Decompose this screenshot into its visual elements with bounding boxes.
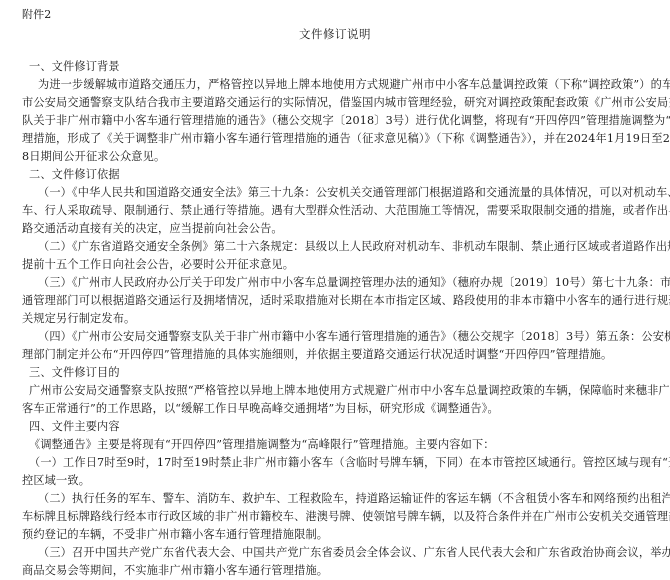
paragraph-line: 队关于非广州市籍中小客车通行管理措施的通告》（穗公交规字〔2018〕3号）进行优… xyxy=(22,114,652,128)
paragraph-line: 关规定另行制定发布。 xyxy=(22,312,652,326)
paragraph-line: （一）《中华人民共和国道路交通安全法》第三十九条：公安机关交通管理部门根据道路和… xyxy=(38,186,668,200)
paragraph-line: 路交通活动直接有关的决定，应当提前向社会公告。 xyxy=(22,222,652,236)
paragraph-line: 《调整通告》主要是将现有“开四停四”管理措施调整为“高峰限行”管理措施。主要内容… xyxy=(29,438,659,452)
paragraph-line: 预约登记的车辆，不受非广州市籍小客车通行管理措施限制。 xyxy=(22,528,652,542)
paragraph-line: 提前十五个工作日向社会公告，必要时公开征求意见。 xyxy=(22,258,652,272)
paragraph-line: 理部门制定并公布“开四停四”管理措施的具体实施细则，并依据主要道路交通运行状况适… xyxy=(22,348,652,362)
paragraph-line: （三）召开中国共产党广东省代表大会、中国共产党广东省委员会全体会议、广东省人民代… xyxy=(38,546,668,560)
paragraph-line: 车标牌且标牌路线行经本市行政区域的非广州市籍校车、港澳号牌、使领馆号牌车辆，以及… xyxy=(22,510,652,524)
document-title: 文件修订说明 xyxy=(0,27,670,41)
paragraph-line: 车、行人采取疏导、限制通行、禁止通行等措施。遇有大型群众性活动、大范围施工等情况… xyxy=(22,204,652,218)
paragraph-line: 客车正常通行”的工作思路，以“缓解工作日早晚高峰交通拥堵”为目标，研究形成《调整… xyxy=(22,402,652,416)
section-heading: 二、文件修订依据 xyxy=(29,168,659,182)
paragraph-line: 8日期间公开征求公众意见。 xyxy=(22,150,652,164)
paragraph-line: 广州市公安局交通警察支队按照“严格管控以异地上牌本地使用方式规避广州市中小客车总… xyxy=(29,384,659,398)
paragraph-line: （一）工作日7时至9时，17时至19时禁止非广州市籍小客车（含临时号牌车辆，下同… xyxy=(29,456,659,470)
attachment-label: 附件2 xyxy=(22,8,652,22)
paragraph-line: 控区域一致。 xyxy=(22,474,652,488)
document-page: 附件2 文件修订说明 一、文件修订背景为进一步缓解城市道路交通压力，严格管控以异… xyxy=(0,0,670,580)
paragraph-line: （三）《广州市人民政府办公厅关于印发广州市中小客车总量调控管理办法的通知》（穗府… xyxy=(38,276,668,290)
paragraph-line: 理措施，形成了《关于调整非广州市籍小客车通行管理措施的通告（征求意见稿）》（下称… xyxy=(22,132,652,146)
section-heading: 四、文件主要内容 xyxy=(29,420,659,434)
paragraph-line: （二）执行任务的军车、警车、消防车、救护车、工程救险车，持道路运输证件的客运车辆… xyxy=(38,492,668,506)
paragraph-line: （二）《广东省道路交通安全条例》第二十六条规定：县级以上人民政府对机动车、非机动… xyxy=(38,240,668,254)
paragraph-line: 通管理部门可以根据道路交通运行及拥堵情况，适时采取措施对长期在本市指定区域、路段… xyxy=(22,294,652,308)
paragraph-line: 商品交易会等期间，不实施非广州市籍小客车通行管理措施。 xyxy=(22,564,652,578)
paragraph-line: （四）《广州市公安局交通警察支队关于非广州市籍中小客车通行管理措施的通告》（穗公… xyxy=(38,330,668,344)
section-heading: 一、文件修订背景 xyxy=(29,60,659,74)
paragraph-line: 为进一步缓解城市道路交通压力，严格管控以异地上牌本地使用方式规避广州市中小客车总… xyxy=(38,78,668,92)
paragraph-line: 市公安局交通警察支队结合我市主要道路交通运行的实际情况，借鉴国内城市管理经验，研… xyxy=(22,96,652,110)
section-heading: 三、文件修订目的 xyxy=(29,366,659,380)
